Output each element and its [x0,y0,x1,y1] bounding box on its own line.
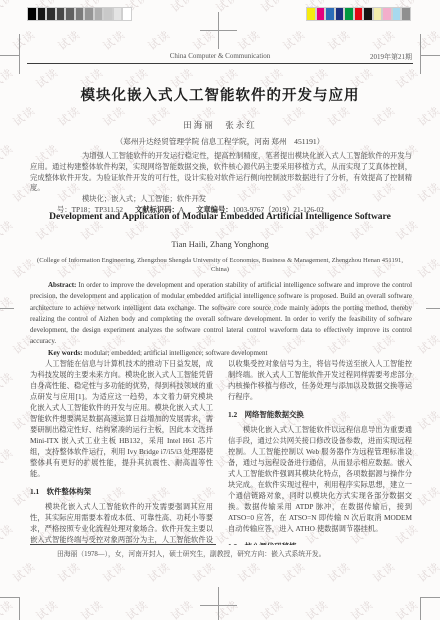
watermark-text: 试读 [325,558,354,585]
watermark-text: 试读 [0,520,16,547]
authors-en: Tian Haili, Zhang Yonghong [0,239,440,249]
crop-mark-top-right-h [421,55,440,56]
watermark-text: 试读 [348,596,377,620]
watermark-text: 试读 [10,26,39,53]
crop-mark-bottom-left-v [19,597,20,620]
calibration-swatch [56,7,66,21]
watermark-text: 试读 [168,596,197,620]
grayscale-calibration-bar [27,7,132,21]
watermark-text: 试读 [145,558,174,585]
watermark-text: 试读 [415,406,440,433]
watermark-text: 试读 [55,558,84,585]
article-title-en: Development and Application of Modular E… [0,212,440,222]
watermark-text: 试读 [0,444,16,471]
header-rule [27,63,413,64]
watermark-text: 试读 [393,596,422,620]
calibration-swatch [344,7,354,21]
calibration-swatch [84,7,94,21]
calibration-swatch [46,7,56,21]
abstract-en-paragraph: Abstract: In order to improve the develo… [30,280,412,348]
watermark-text: 试读 [213,0,242,16]
calibration-swatch [27,7,37,21]
watermark-text: 试读 [415,26,440,53]
watermark-text: 试读 [415,482,440,509]
watermark-text: 试读 [190,558,219,585]
body-column-left: 人工智能在信息与计算机技术的推动下日益发展，成为科技发展的主要未来方向。模块化嵌… [30,358,213,545]
color-calibration-bar [306,7,411,21]
calibration-swatch [401,7,411,21]
watermark-text: 试读 [55,26,84,53]
watermark-text: 试读 [280,558,309,585]
crop-mark-bottom-left-h [0,597,19,598]
watermark-text: 试读 [213,596,242,620]
crosshair-bottom-v [218,587,219,620]
keywords-zh: 模块化；嵌入式；人工智能；软件开发 [82,194,412,205]
calibration-swatch [325,7,335,21]
watermark-text: 试读 [235,26,264,53]
calibration-swatch [37,7,47,21]
calibration-swatch [354,7,364,21]
side-mark-left [0,308,14,309]
keywords-en-line: Key words: modular; embedded; artificial… [30,348,412,359]
calibration-swatch [122,7,132,21]
affiliation-en: (College of Information Engineering, Zhe… [28,257,412,275]
watermark-text: 试读 [33,596,62,620]
calibration-swatch [363,7,373,21]
calibration-swatch [103,7,113,21]
crop-mark-bottom-right-v [420,597,421,620]
abstract-zh-text: 为增强人工智能软件的开发运行稳定性，提高控制精度，笔者提出模块化嵌入式人工智能软… [30,151,412,194]
watermark-text: 试读 [123,596,152,620]
abstract-en-label: Abstract: [48,281,76,289]
paper-page: 试读试读试读试读试读试读试读试读试读试读试读试读试读试读试读试读试读试读试读试读… [0,0,440,620]
calibration-swatch [75,7,85,21]
watermark-text: 试读 [78,596,107,620]
watermark-text: 试读 [168,0,197,16]
watermark-text: 试读 [370,26,399,53]
article-title-zh: 模块化嵌入式人工智能软件的开发与应用 [0,84,440,105]
crop-mark-top-left-h [0,55,19,56]
calibration-swatch [113,7,123,21]
watermark-text: 试读 [10,558,39,585]
watermark-text: 试读 [145,26,174,53]
side-mark-right [426,308,440,309]
keywords-en-text: modular; embedded; artificial intelligen… [84,349,267,357]
crop-mark-bottom-right-h [421,597,440,598]
keywords-en-label: Key words: [48,349,82,357]
watermark-text: 试读 [0,292,16,319]
body-column-right: 以收集受控对象信号为主，将信号传送至嵌入人工智能控制终端。嵌入式人工智能软件开发… [228,358,412,545]
abstract-en-text: In order to improve the development and … [30,281,412,345]
calibration-swatch [316,7,326,21]
crosshair-top-v [218,12,219,49]
calibration-swatch [335,7,345,21]
calibration-swatch [373,7,383,21]
watermark-text: 试读 [0,596,16,620]
abstract-zh-block: 为增强人工智能软件的开发运行稳定性，提高控制精度，笔者提出模块化嵌入式人工智能软… [30,151,412,216]
footnote-rule [30,544,216,545]
crop-mark-top-right-v [420,34,421,74]
watermark-text: 试读 [415,330,440,357]
left-paragraph-1: 人工智能在信息与计算机技术的推动下日益发展，成为科技发展的主要未来方向。模块化嵌… [30,358,213,479]
crop-mark-top-left-v [19,34,20,74]
calibration-swatch [306,7,316,21]
right-paragraph-1: 以收集受控对象信号为主，将信号传送至嵌入人工智能控制终端。嵌入式人工智能软件开发… [228,358,412,402]
watermark-text: 试读 [258,596,287,620]
calibration-swatch [382,7,392,21]
section-heading-1-3: 1.3 核心源代码移植 [228,541,412,545]
abstract-en-block: Abstract: In order to improve the develo… [30,280,412,359]
watermark-text: 试读 [415,254,440,281]
watermark-text: 试读 [325,26,354,53]
watermark-text: 试读 [100,26,129,53]
section-heading-1-2: 1.2 网络智能数据交换 [228,409,412,420]
author-footnote: 田海丽（1978—），女，河南开封人，硕士研究生，副教授，研究方向：嵌入式系统开… [30,548,412,558]
watermark-text: 试读 [0,368,16,395]
watermark-text: 试读 [415,178,440,205]
left-paragraph-2: 模块化嵌入式人工智能软件的开发需要强调其应用性，其实际应用需要本着成本低、可靠性… [30,501,213,545]
calibration-swatch [392,7,402,21]
affiliation-zh: （郑州升达经贸管理学院 信息工程学院，河南 郑州 451191） [0,136,440,147]
watermark-text: 试读 [258,0,287,16]
right-paragraph-2: 模块化嵌入式人工智能软件以远程信息导出为重要通信手段，通过公共网关接口修改设备参… [228,424,412,534]
watermark-text: 试读 [415,558,440,585]
calibration-swatch [65,7,75,21]
authors-zh: 田海丽 张永红 [0,119,440,131]
calibration-swatch [94,7,104,21]
watermark-text: 试读 [303,596,332,620]
watermark-text: 试读 [370,558,399,585]
watermark-text: 试读 [280,26,309,53]
watermark-text: 试读 [235,558,264,585]
watermark-text: 试读 [0,0,16,16]
watermark-text: 试读 [100,558,129,585]
issue-label: 2019年第21期 [370,52,412,62]
section-heading-1-1: 1.1 软件整体构架 [30,486,213,497]
